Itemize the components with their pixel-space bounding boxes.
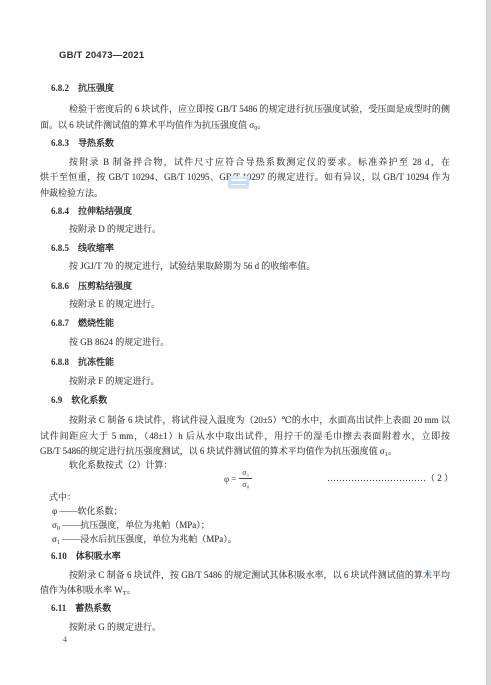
line-prefix: 值作为体积吸水率 W (40, 585, 123, 595)
section-heading-684: 6.8.4拉伸粘结强度 (51, 206, 132, 217)
body-line: 仲裁检验方法。 (40, 188, 103, 200)
body-line: 按附录 F 的规定进行。 (69, 376, 160, 388)
section-number: 6.8.5 (51, 243, 69, 253)
section-heading-685: 6.8.5线收缩率 (51, 243, 114, 254)
body-line: 按附录 C 制备 6 块试件，按 GB/T 5486 的规定测试其体积吸水率，以… (69, 570, 450, 582)
section-title: 蓄热系数 (75, 603, 111, 613)
fraction-numerator: σ₁ (239, 468, 252, 479)
body-line: 按 GB 8624 的规定进行。 (69, 337, 169, 349)
formula-lhs: φ (224, 474, 229, 484)
body-line: 软化系数按式（2）计算： (69, 460, 173, 472)
section-title: 导热系数 (78, 138, 114, 148)
body-line: 按附录 D 的规定进行。 (69, 224, 161, 236)
section-title: 抗冻性能 (78, 357, 114, 367)
page-edge-strip (486, 0, 491, 685)
body-line: 按附录 G 的规定进行。 (69, 622, 161, 634)
body-line: 按附录 C 制备 6 块试件，将试件浸入温度为（20±5）℃的水中，水面高出试件… (69, 415, 450, 427)
softening-coefficient-formula: φ = σ₁ σ₀ (224, 468, 252, 489)
section-number: 6.10 (51, 551, 67, 561)
line-suffix: 。 (127, 585, 136, 595)
body-line: 检验干密度后的 6 块试件，应立即按 GB/T 5486 的规定进行抗压强度试验… (69, 104, 450, 116)
formula-leader-and-label: ……………………………（ 2 ） (327, 473, 453, 485)
body-line: GB/T 5486的规定进行抗压强度测试，以 6 块试件测试值的算术平均值作为抗… (40, 446, 397, 458)
symbol-list-intro: 式中： (49, 492, 76, 504)
body-line: 按附录 E 的规定进行。 (69, 299, 160, 311)
section-number: 6.8.2 (51, 83, 69, 93)
page-number: 4 (63, 635, 67, 644)
section-heading-683: 6.8.3导热系数 (51, 138, 114, 149)
formula-leader-dots: …………………………… (327, 473, 426, 483)
section-title: 拉伸粘结强度 (78, 206, 132, 216)
section-title: 燃烧性能 (78, 318, 114, 328)
section-number: 6.11 (51, 603, 66, 613)
section-number: 6.8.6 (51, 281, 69, 291)
formula-equals: = (231, 474, 236, 484)
section-number: 6.8.8 (51, 357, 69, 367)
fraction-denominator: σ₀ (242, 479, 249, 489)
section-title: 线收缩率 (78, 243, 114, 253)
section-title: 抗压强度 (78, 83, 114, 93)
section-heading-682: 6.8.2抗压强度 (51, 83, 114, 94)
formula-equation-number: （ 2 ） (426, 473, 453, 483)
section-heading-686: 6.8.6压剪粘结强度 (51, 281, 132, 292)
section-heading-611: 6.11蓄热系数 (51, 603, 111, 614)
scan-artifact-speck (429, 571, 431, 577)
section-heading-610: 6.10体积吸水率 (51, 551, 121, 562)
standard-code-header: GB/T 20473—2021 (59, 50, 144, 61)
body-line: 面。以 6 块试件测试值的算术平均值作为抗压强度值 σ₀。 (40, 120, 266, 132)
section-number: 6.9 (51, 395, 62, 405)
symbol-item: φ ——软化系数； (52, 506, 122, 518)
body-line: 值作为体积吸水率 WT。 (40, 585, 136, 600)
section-heading-687: 6.8.7燃烧性能 (51, 318, 114, 329)
symbol-item: σ₀ ——抗压强度，单位为兆帕（MPa）； (52, 520, 210, 532)
section-number: 6.8.4 (51, 206, 69, 216)
section-heading-69: 6.9软化系数 (51, 395, 107, 406)
formula-fraction: σ₁ σ₀ (239, 468, 252, 489)
section-title: 体积吸水率 (76, 551, 121, 561)
section-title: 压剪粘结强度 (78, 281, 132, 291)
section-number: 6.8.3 (51, 138, 69, 148)
watermark-stamp (228, 176, 249, 189)
body-line: 试件间距应大于 5 mm，（48±1）h 后从水中取出试件，用拧干的湿毛巾擦去表… (40, 431, 450, 443)
body-line: 按附录 B 制备拌合物，试件尺寸应符合导热系数测定仪的要求。标准养护至 28 d… (69, 157, 450, 169)
body-line: 按 JGJ/T 70 的规定进行，试验结果取龄期为 56 d 的收缩率值。 (69, 261, 315, 273)
symbol-item: σ₁ ——浸水后抗压强度，单位为兆帕（MPa）。 (52, 534, 237, 546)
section-title: 软化系数 (71, 395, 107, 405)
section-heading-688: 6.8.8抗冻性能 (51, 357, 114, 368)
section-number: 6.8.7 (51, 318, 69, 328)
document-page: GB/T 20473—2021 6.8.2抗压强度 检验干密度后的 6 块试件，… (0, 0, 491, 685)
